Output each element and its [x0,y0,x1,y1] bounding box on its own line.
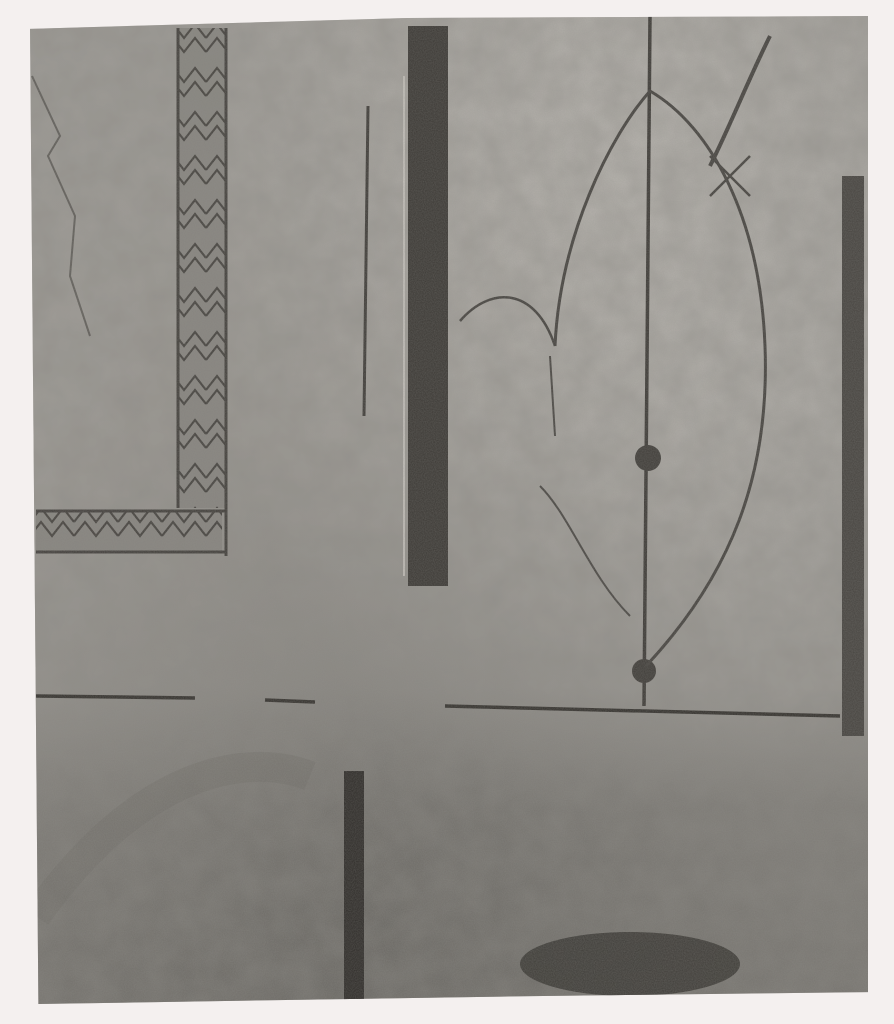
fresco-photograph [30,16,868,1004]
photo-print [0,0,894,1024]
fresco-drawing [30,16,868,1004]
